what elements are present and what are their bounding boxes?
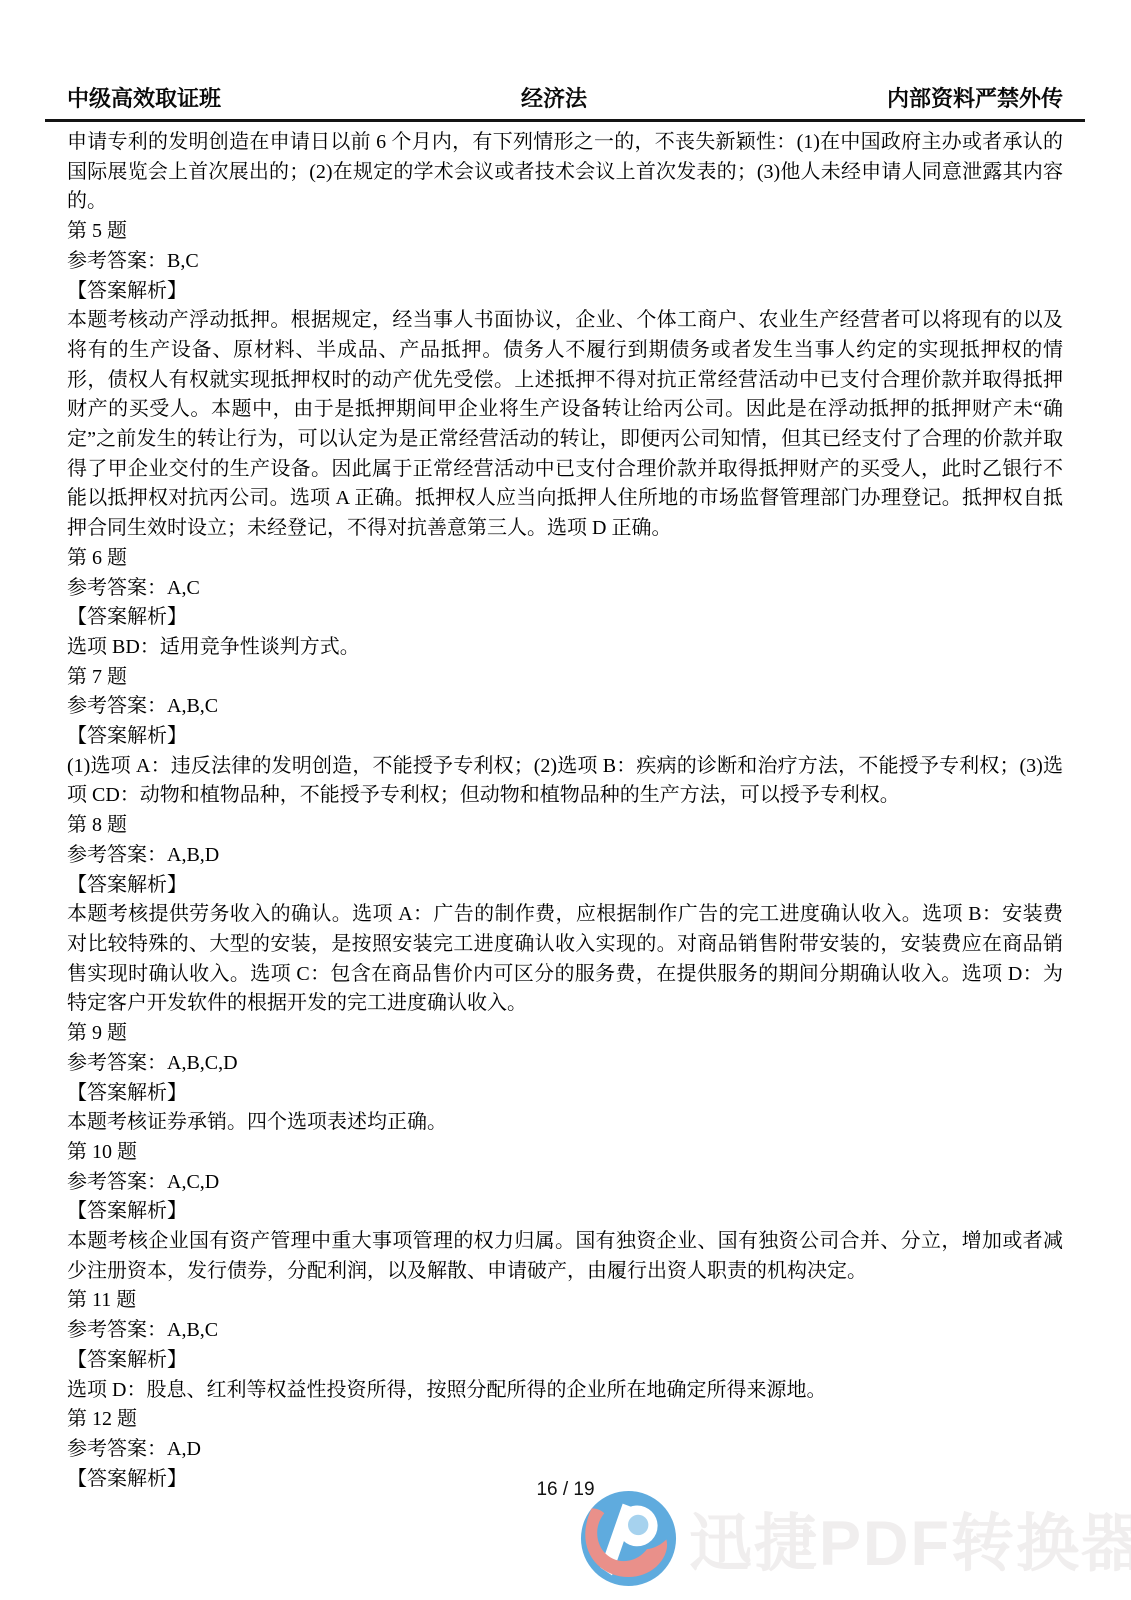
question-block-8: 第 8 题 参考答案：A,B,D 【答案解析】 本题考核提供劳务收入的确认。选项… <box>67 811 1063 1019</box>
analysis-text: 本题考核证券承销。四个选项表述均正确。 <box>67 1108 1063 1138</box>
question-block-7: 第 7 题 参考答案：A,B,C 【答案解析】 (1)选项 A：违反法律的发明创… <box>67 663 1063 812</box>
header-subject-title: 经济法 <box>221 82 887 113</box>
question-title: 第 9 题 <box>67 1019 1063 1049</box>
analysis-label: 【答案解析】 <box>67 722 1063 752</box>
question-block-9: 第 9 题 参考答案：A,B,C,D 【答案解析】 本题考核证券承销。四个选项表… <box>67 1019 1063 1138</box>
analysis-label: 【答案解析】 <box>67 1197 1063 1227</box>
header-course-name: 中级高效取证班 <box>67 82 221 113</box>
analysis-label: 【答案解析】 <box>67 277 1063 307</box>
question-title: 第 12 题 <box>67 1405 1063 1435</box>
question-title: 第 5 题 <box>67 217 1063 247</box>
header-confidential-notice: 内部资料严禁外传 <box>887 82 1063 113</box>
question-block-5: 第 5 题 参考答案：B,C 【答案解析】 本题考核动产浮动抵押。根据规定，经当… <box>67 217 1063 544</box>
page-header: 中级高效取证班 经济法 内部资料严禁外传 <box>67 82 1063 113</box>
answer-line: 参考答案：A,C <box>67 574 1063 604</box>
document-content: 申请专利的发明创造在申请日以前 6 个月内，有下列情形之一的，不丧失新颖性：(1… <box>67 128 1063 1494</box>
question-title: 第 10 题 <box>67 1138 1063 1168</box>
analysis-label: 【答案解析】 <box>67 1079 1063 1109</box>
question-block-6: 第 6 题 参考答案：A,C 【答案解析】 选项 BD：适用竞争性谈判方式。 <box>67 544 1063 663</box>
analysis-label: 【答案解析】 <box>67 871 1063 901</box>
analysis-text: 本题考核动产浮动抵押。根据规定，经当事人书面协议，企业、个体工商户、农业生产经营… <box>67 306 1063 544</box>
header-divider <box>45 119 1085 122</box>
question-title: 第 11 题 <box>67 1286 1063 1316</box>
answer-line: 参考答案：A,B,C <box>67 692 1063 722</box>
intro-paragraph: 申请专利的发明创造在申请日以前 6 个月内，有下列情形之一的，不丧失新颖性：(1… <box>67 128 1063 217</box>
page-number: 16 / 19 <box>536 1479 594 1500</box>
question-block-10: 第 10 题 参考答案：A,C,D 【答案解析】 本题考核企业国有资产管理中重大… <box>67 1138 1063 1287</box>
answer-line: 参考答案：A,D <box>67 1435 1063 1465</box>
page-footer: 16 / 19 <box>0 1479 1131 1501</box>
answer-line: 参考答案：A,B,C,D <box>67 1049 1063 1079</box>
document-page: 中级高效取证班 经济法 内部资料严禁外传 申请专利的发明创造在申请日以前 6 个… <box>0 0 1131 1600</box>
analysis-text: 本题考核企业国有资产管理中重大事项管理的权力归属。国有独资企业、国有独资公司合并… <box>67 1227 1063 1286</box>
answer-line: 参考答案：A,C,D <box>67 1168 1063 1198</box>
answer-line: 参考答案：A,B,C <box>67 1316 1063 1346</box>
question-title: 第 6 题 <box>67 544 1063 574</box>
analysis-text: 选项 D：股息、红利等权益性投资所得，按照分配所得的企业所在地确定所得来源地。 <box>67 1376 1063 1406</box>
analysis-label: 【答案解析】 <box>67 603 1063 633</box>
answer-line: 参考答案：B,C <box>67 247 1063 277</box>
question-title: 第 8 题 <box>67 811 1063 841</box>
analysis-label: 【答案解析】 <box>67 1346 1063 1376</box>
question-block-11: 第 11 题 参考答案：A,B,C 【答案解析】 选项 D：股息、红利等权益性投… <box>67 1286 1063 1405</box>
analysis-text: (1)选项 A：违反法律的发明创造，不能授予专利权；(2)选项 B：疾病的诊断和… <box>67 752 1063 811</box>
question-title: 第 7 题 <box>67 663 1063 693</box>
answer-line: 参考答案：A,B,D <box>67 841 1063 871</box>
analysis-text: 选项 BD：适用竞争性谈判方式。 <box>67 633 1063 663</box>
analysis-text: 本题考核提供劳务收入的确认。选项 A：广告的制作费，应根据制作广告的完工进度确认… <box>67 900 1063 1019</box>
